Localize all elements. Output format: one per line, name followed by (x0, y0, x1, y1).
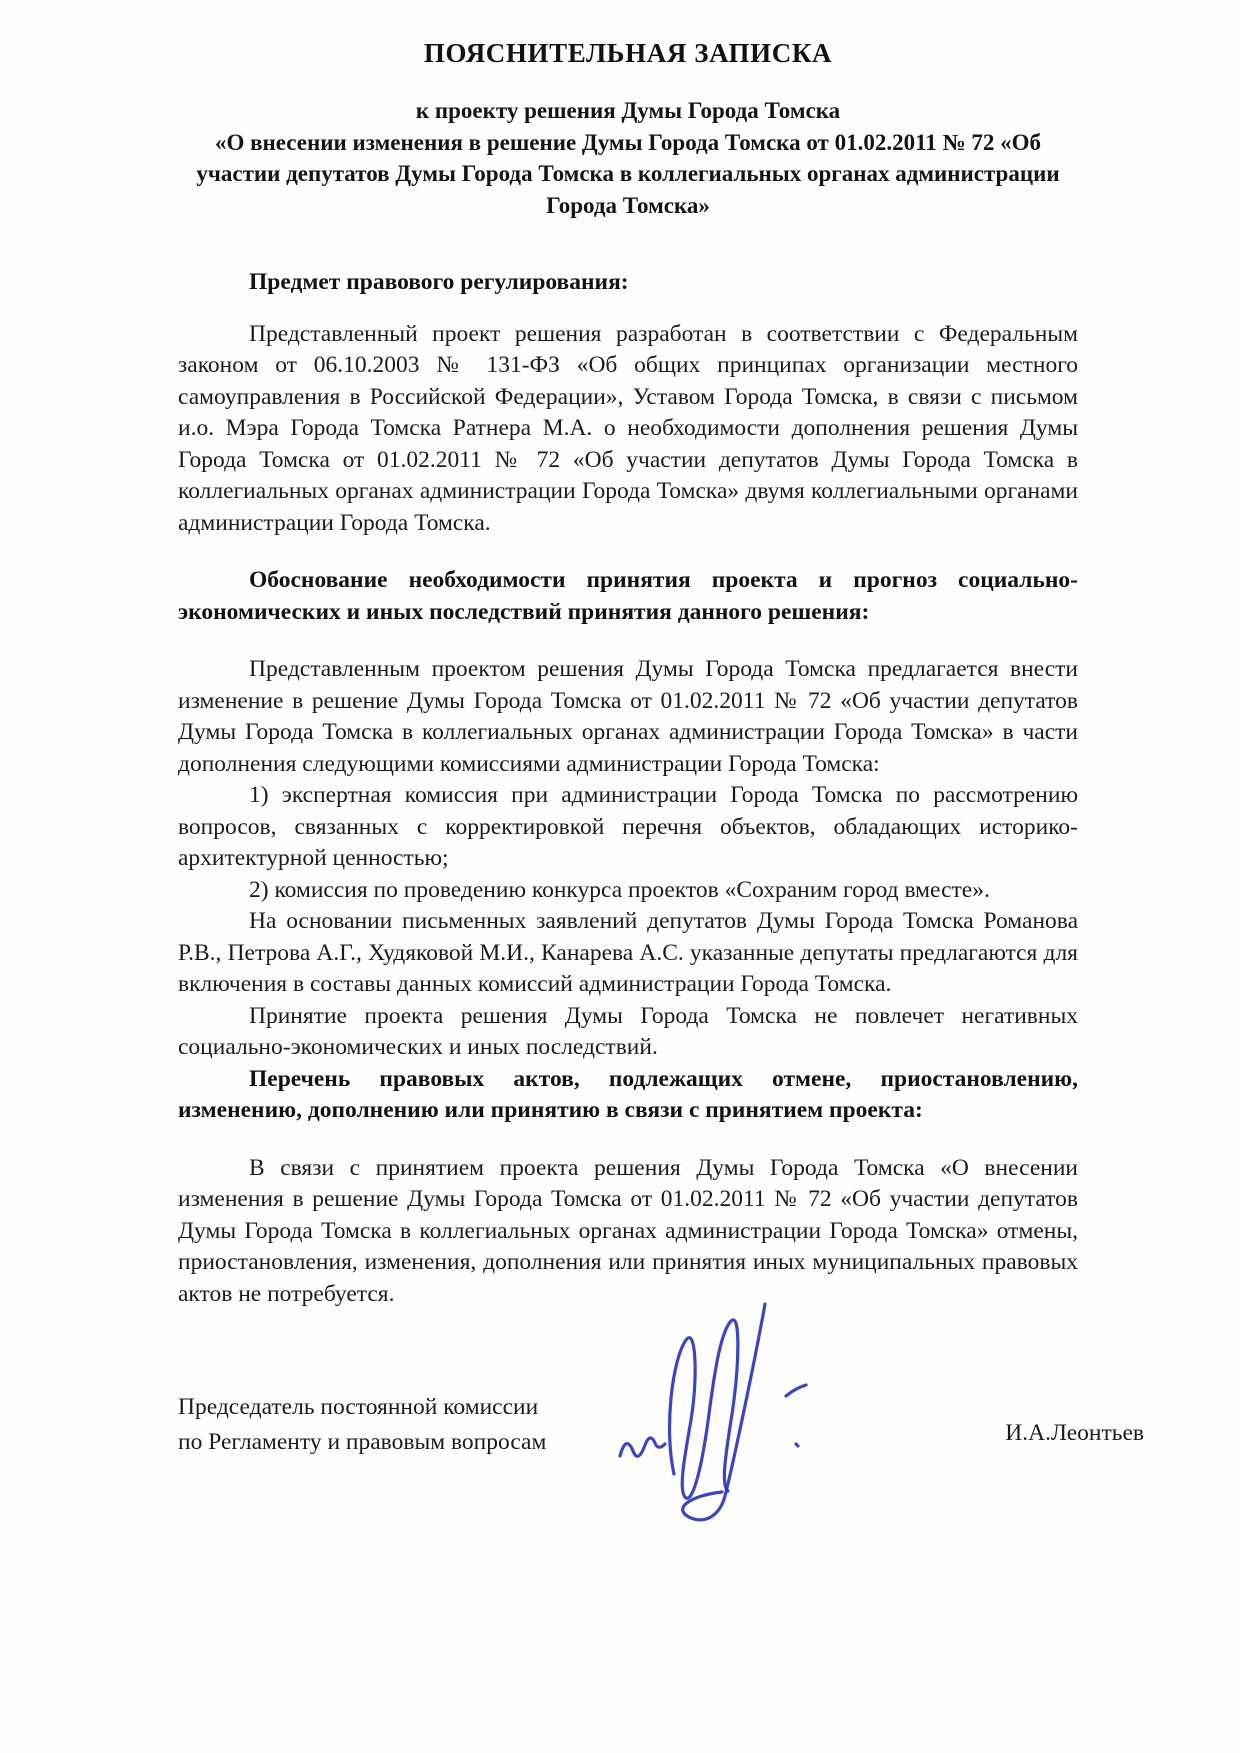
document-subtitle: к проекту решения Думы Города Томска «О … (178, 95, 1078, 221)
signature-block: Председатель постоянной комиссии по Регл… (178, 1390, 1078, 1690)
section-heading-subject: Предмет правового регулирования: (178, 267, 1078, 299)
paragraph-proposal: Представленным проектом решения Думы Гор… (178, 654, 1078, 780)
list-item-1: 1) экспертная комиссия при администрации… (178, 780, 1078, 875)
paragraph-no-acts-required: В связи с принятием проекта решения Думы… (178, 1153, 1078, 1311)
signature-stroke (786, 1385, 806, 1396)
signer-name: И.А.Леонтьев (1005, 1420, 1144, 1447)
list-item-2: 2) комиссия по проведению конкурса проек… (178, 875, 1078, 907)
handwritten-signature (610, 1298, 860, 1538)
signature-stroke (620, 1438, 665, 1456)
document-title: ПОЯСНИТЕЛЬНАЯ ЗАПИСКА (178, 38, 1078, 69)
section-heading-justification: Обоснование необходимости принятия проек… (178, 565, 1078, 628)
subtitle-line-2: «О внесении изменения в решение Думы Гор… (178, 127, 1078, 222)
signature-stroke (796, 1444, 798, 1446)
paragraph-no-consequences: Принятие проекта решения Думы Города Том… (178, 1001, 1078, 1064)
document-page: ПОЯСНИТЕЛЬНАЯ ЗАПИСКА к проекту решения … (0, 0, 1240, 1753)
signature-stroke (670, 1320, 738, 1498)
section-heading-acts-list: Перечень правовых актов, подлежащих отме… (178, 1064, 1078, 1127)
paragraph-legal-basis: Представленный проект решения разработан… (178, 319, 1078, 540)
subtitle-line-1: к проекту решения Думы Города Томска (178, 95, 1078, 127)
paragraph-deputies: На основании письменных заявлений депута… (178, 906, 1078, 1001)
